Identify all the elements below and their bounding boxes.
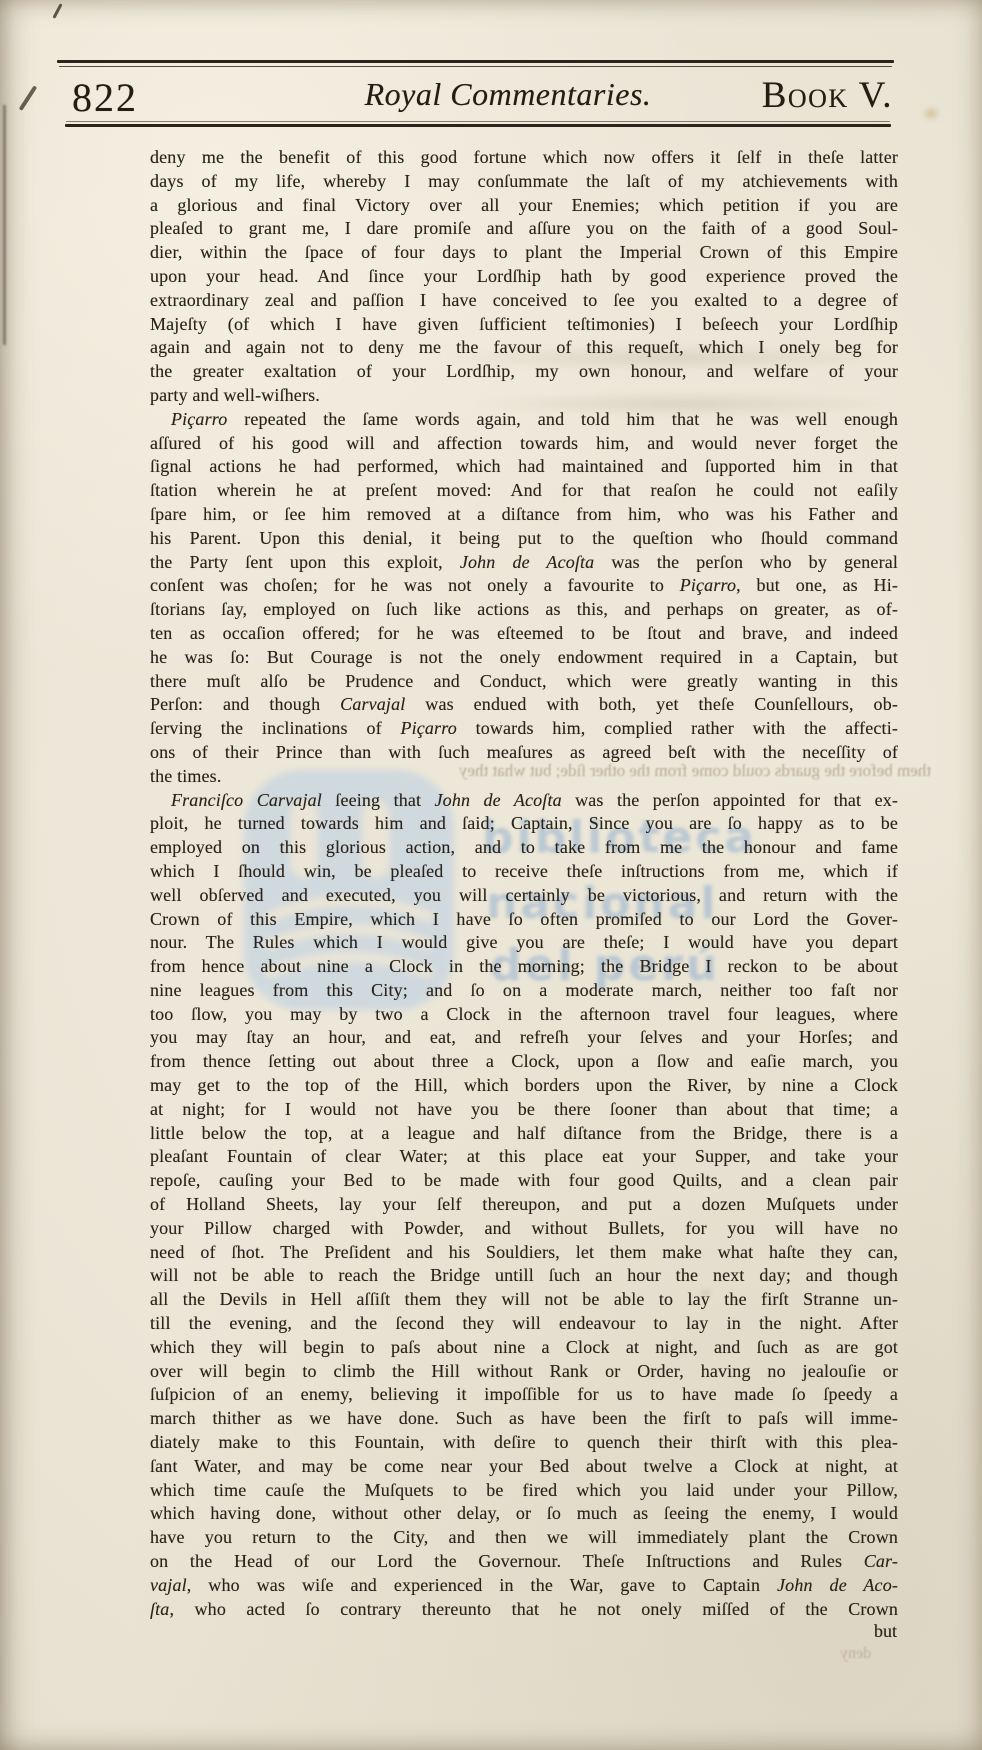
text-line: ten as occaſion offered; for he was eſte… [150, 622, 898, 646]
text-line: pleaſed to grant me, I dare promiſe and … [150, 217, 898, 241]
text-line: again and again not to deny me the favou… [150, 336, 898, 360]
header-bottom-rule-thick [65, 124, 891, 127]
text-line: from hence about nine a Clock in the mor… [150, 955, 898, 979]
text-line: ſtorians ſay, employed on ſuch like acti… [150, 598, 898, 622]
text-line: Piçarro repeated the ſame words again, a… [150, 408, 898, 432]
text-line: which I ſhould win, be pleaſed to receiv… [150, 860, 898, 884]
text-line: Majeſty (of which I have given ſufficien… [150, 313, 898, 337]
book-page: biblioteca nacional del perú 822 Royal C… [0, 0, 982, 1750]
header-bottom-rule-thin [66, 121, 890, 122]
text-line: extraordinary zeal and paſſion I have co… [150, 289, 898, 313]
text-line: which time cauſe the Muſquets to be fire… [150, 1479, 898, 1503]
text-line: over will begin to climb the Hill withou… [150, 1360, 898, 1384]
text-line: ſta, who acted ſo contrary thereunto tha… [150, 1598, 898, 1622]
text-line: ſignal actions he had performed, which h… [150, 455, 898, 479]
text-line: the times. [150, 765, 898, 789]
text-line: need of ſhot. The Preſident and his Soul… [150, 1241, 898, 1265]
text-line: conſent was choſen; for he was not onely… [150, 574, 898, 598]
text-line: employed on this glorious action, and to… [150, 836, 898, 860]
text-line: his Parent. Upon this denial, it being p… [150, 527, 898, 551]
text-line: Perſon: and though Carvajal was endued w… [150, 693, 898, 717]
text-line: have you return to the City, and then we… [150, 1526, 898, 1550]
text-line: you may ſtay an hour, and eat, and refre… [150, 1026, 898, 1050]
text-line: dier, within the ſpace of four days to p… [150, 241, 898, 265]
text-line: the greater exaltation of your Lordſhip,… [150, 360, 898, 384]
page-number: 822 [72, 74, 138, 121]
text-line: repoſe, cauſing your Bed to be made with… [150, 1169, 898, 1193]
text-line: diately make to this Fountain, with deſi… [150, 1431, 898, 1455]
text-line: aſſured of his good will and affection t… [150, 432, 898, 456]
header-rule-thin [59, 66, 892, 67]
text-line: a glorious and final Victory over all yo… [150, 194, 898, 218]
text-line: all the Devils in Hell aſſiſt them they … [150, 1288, 898, 1312]
text-line: ſerving the inclinations of Piçarro towa… [150, 717, 898, 741]
text-line: days of my life, whereby I may conſummat… [150, 170, 898, 194]
text-line: ſuſpicion of an enemy, believing it impo… [150, 1383, 898, 1407]
text-line: well obſerved and executed, you will cer… [150, 884, 898, 908]
text-line: ons of their Prince than with ſuch meaſu… [150, 741, 898, 765]
text-line: ſtation wherein he at preſent moved: And… [150, 479, 898, 503]
text-line: Franciſco Carvajal ſeeing that John de A… [150, 789, 898, 813]
text-line: at night; for I would not have you be th… [150, 1098, 898, 1122]
paragraph: Franciſco Carvajal ſeeing that John de A… [150, 789, 898, 1622]
paragraph: deny me the benefit of this good fortune… [150, 146, 898, 408]
catchword: but [600, 1621, 897, 1645]
header-rule-thick [57, 60, 894, 63]
text-line: party and well-wiſhers. [150, 384, 898, 408]
text-line: till the evening, and the ſecond they wi… [150, 1312, 898, 1336]
text-line: Crown of this Empire, which I have ſo of… [150, 908, 898, 932]
pen-mark [52, 3, 62, 19]
text-line: upon your head. And ſince your Lordſhip … [150, 265, 898, 289]
paper-stain [922, 106, 940, 121]
text-line: deny me the benefit of this good fortune… [150, 146, 898, 170]
text-line: your Pillow charged with Powder, and wit… [150, 1217, 898, 1241]
text-line: ploit, he turned towards him and ſaid; C… [150, 812, 898, 836]
text-line: will not be able to reach the Bridge unt… [150, 1264, 898, 1288]
text-line: there muſt alſo be Prudence and Conduct,… [150, 670, 898, 694]
text-line: ſpare him, or ſee him removed at a diſta… [150, 503, 898, 527]
text-line: nine leagues from this City; and ſo on a… [150, 979, 898, 1003]
text-line: the Party ſent upon this exploit, John d… [150, 551, 898, 575]
text-line: which having done, without other delay, … [150, 1502, 898, 1526]
text-line: from thence ſetting out about three a Cl… [150, 1050, 898, 1074]
text-line: which they will begin to paſs about nine… [150, 1336, 898, 1360]
pen-mark [19, 85, 37, 110]
book-label: Book V. [640, 74, 893, 117]
text-line: little below the top, at a league and ha… [150, 1122, 898, 1146]
page-edge-streak [3, 105, 6, 345]
show-through-text: deny [840, 1645, 871, 1663]
text-line: vajal, who was wiſe and experienced in t… [150, 1574, 898, 1598]
text-line: march thither as we have done. Such as h… [150, 1407, 898, 1431]
text-line: too ſlow, you may by two a Clock in the … [150, 1003, 898, 1027]
body-text: deny me the benefit of this good fortune… [150, 146, 898, 1621]
text-line: of Holland Sheets, lay your ſelf thereup… [150, 1193, 898, 1217]
text-line: pleaſant Fountain of clear Water; at thi… [150, 1145, 898, 1169]
text-line: may get to the top of the Hill, which bo… [150, 1074, 898, 1098]
text-line: nour. The Rules which I would give you a… [150, 931, 898, 955]
text-line: he was ſo: But Courage is not the onely … [150, 646, 898, 670]
paragraph: Piçarro repeated the ſame words again, a… [150, 408, 898, 789]
text-line: ſant Water, and may be come near your Be… [150, 1455, 898, 1479]
text-line: on the Head of our Lord the Governour. T… [150, 1550, 898, 1574]
